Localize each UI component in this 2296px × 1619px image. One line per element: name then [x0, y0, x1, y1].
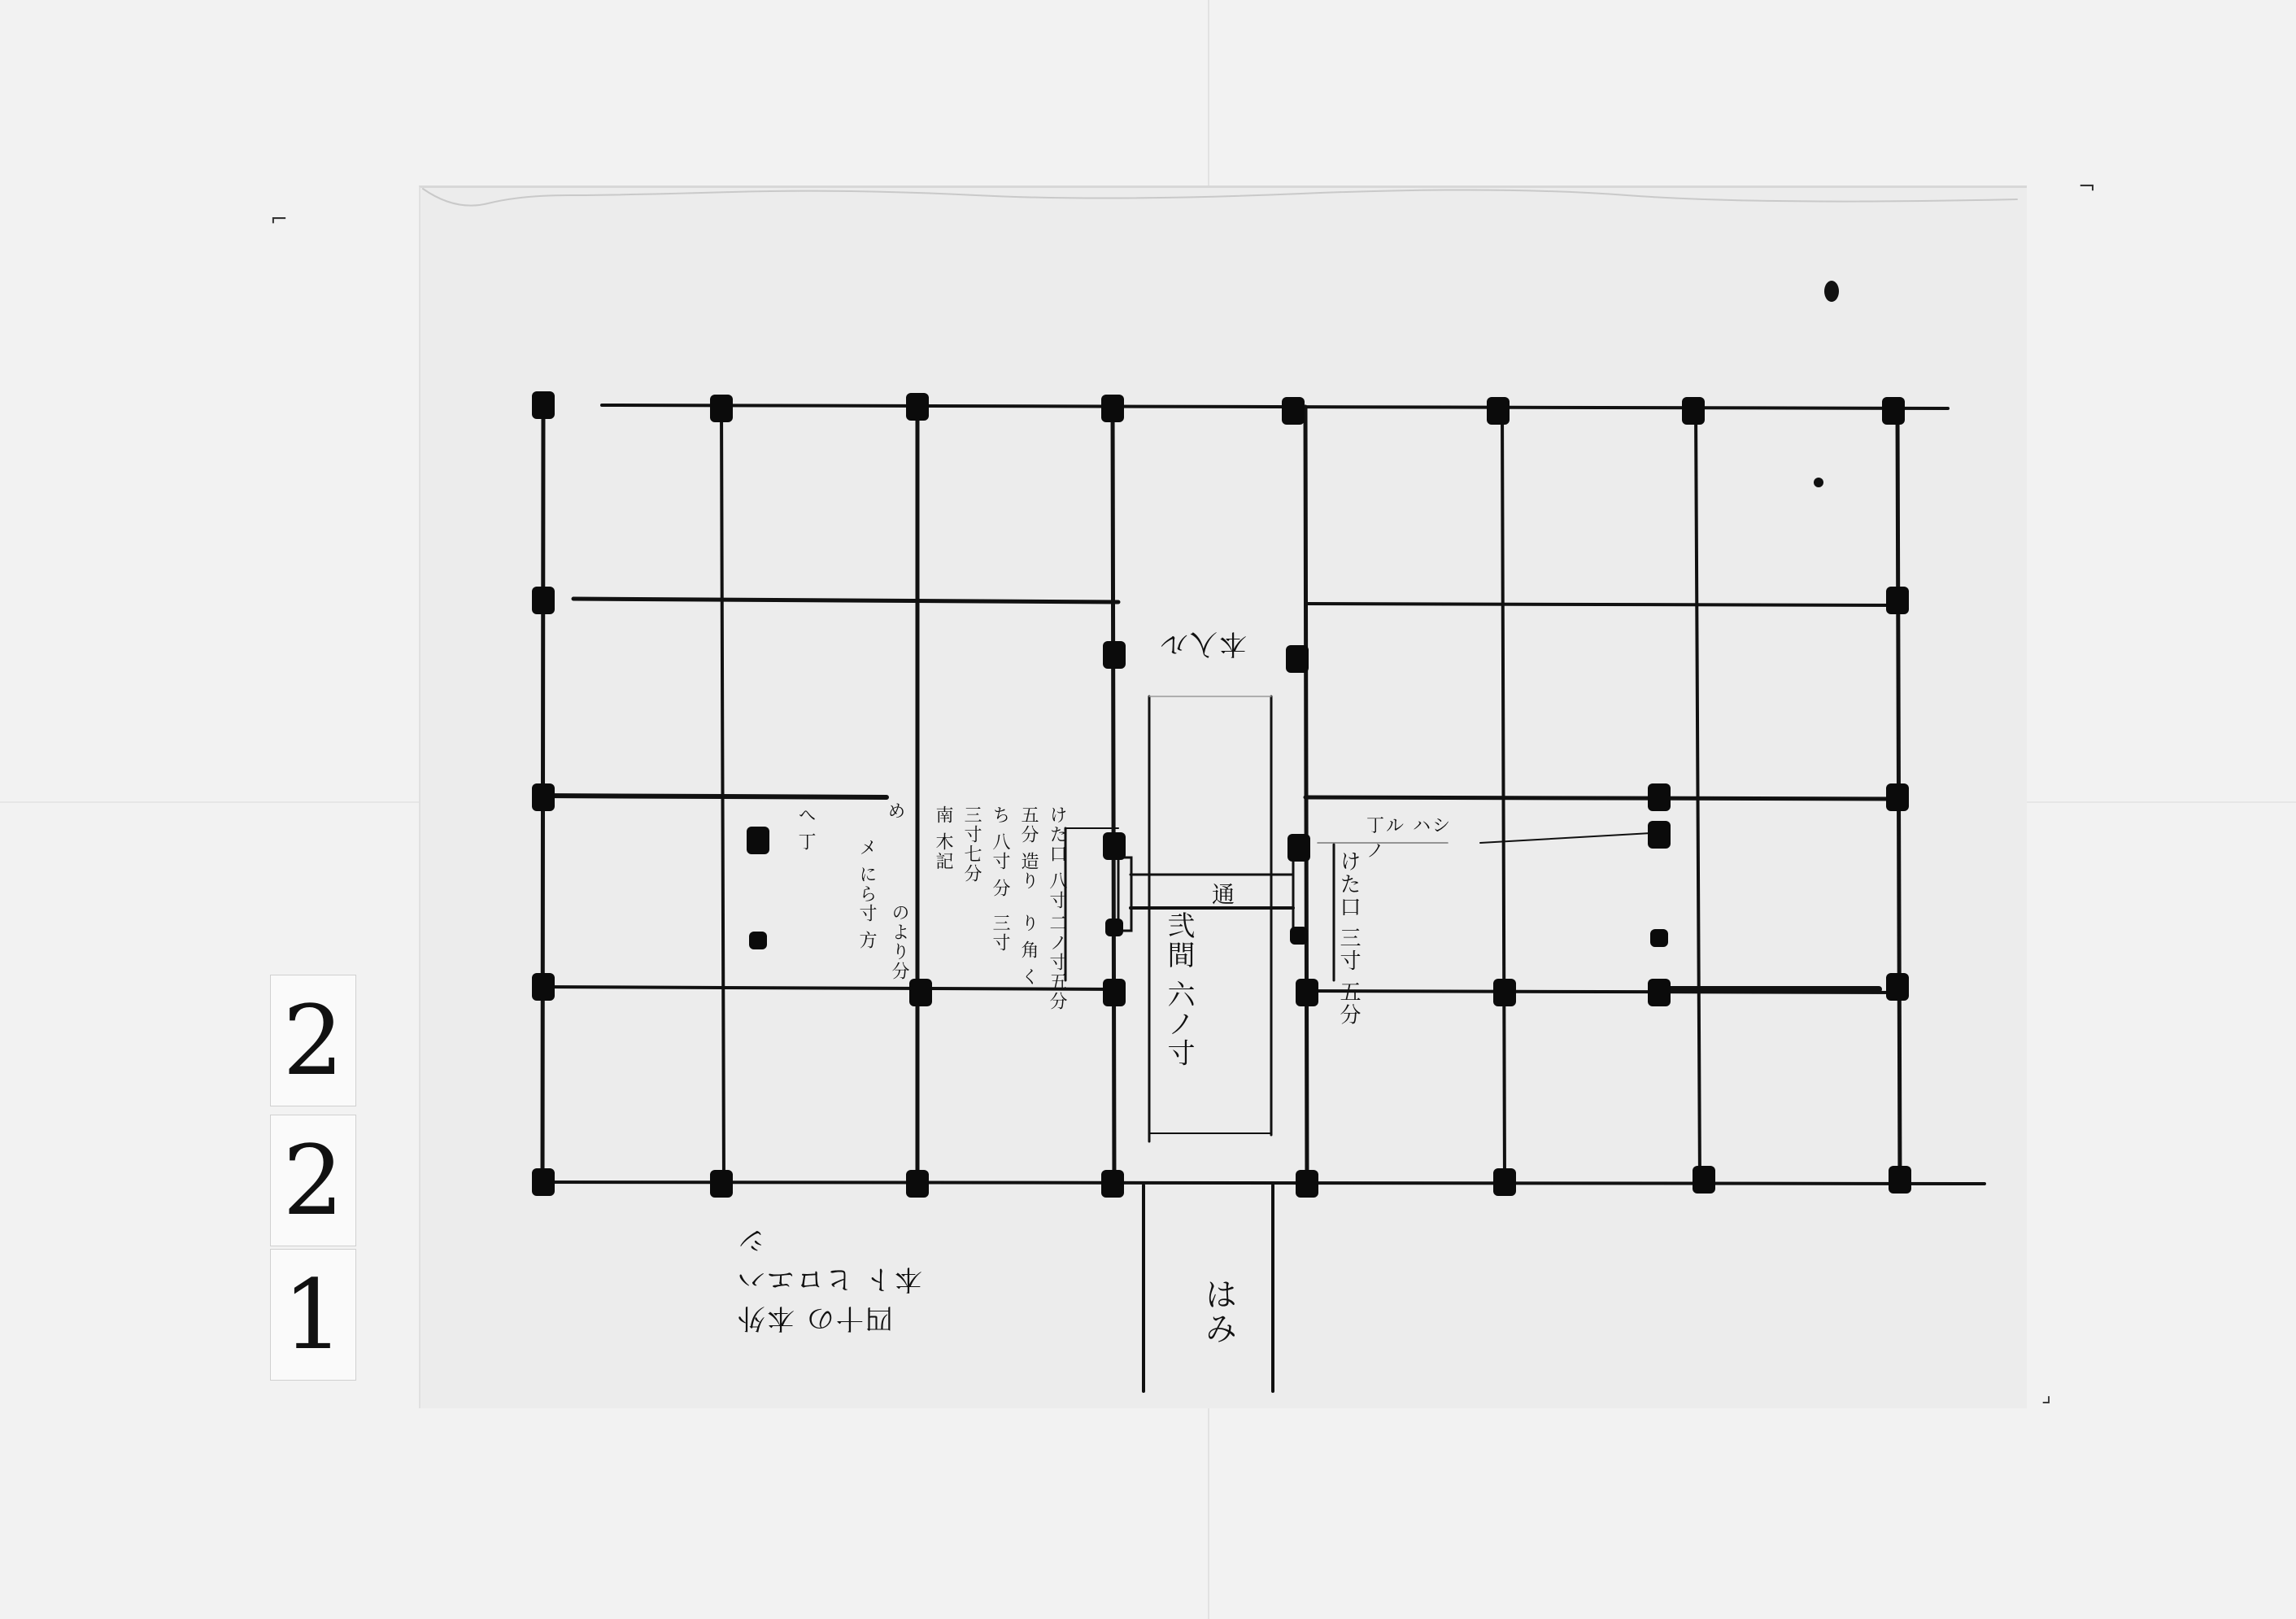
- post-marker: [532, 783, 555, 811]
- post-marker: [710, 395, 733, 422]
- left-block-line: けた口 八寸: [1044, 805, 1070, 910]
- post-marker: [1889, 1166, 1911, 1194]
- left-block-line: 南 木記: [930, 805, 956, 910]
- annotation-left-side: へ 丁: [793, 805, 818, 852]
- annotation-left-small-c: のより分: [887, 903, 912, 981]
- post-marker: [1886, 973, 1909, 1001]
- annotation-top-center: 本入ル: [1159, 626, 1247, 666]
- post-marker: [1103, 641, 1126, 669]
- post-marker: [1648, 821, 1671, 849]
- post-marker: [1101, 1170, 1124, 1198]
- post-marker: [747, 827, 769, 854]
- scan-mark: ⌟: [2041, 1383, 2051, 1407]
- post-marker: [1682, 397, 1705, 425]
- post-marker: [1103, 979, 1126, 1006]
- ink-blot: [1814, 478, 1823, 487]
- post-marker: [1282, 397, 1305, 425]
- left-block-line: 三寸: [987, 914, 1013, 1011]
- frame-tag-3: 1: [270, 1249, 356, 1381]
- post-marker: [749, 932, 767, 949]
- post-marker: [1105, 919, 1123, 936]
- post-marker: [1287, 834, 1310, 862]
- left-block-line: 三寸七分: [959, 805, 984, 910]
- post-marker: [1882, 397, 1905, 425]
- post-marker: [532, 1168, 555, 1196]
- post-marker: [1648, 979, 1671, 1006]
- post-marker: [1290, 927, 1308, 945]
- caption-line-2: 本ト ヒロエハシ: [736, 1220, 923, 1298]
- annotation-left-small-b: メ にら寸 方: [854, 838, 879, 950]
- scan-mark: ⌐: [270, 207, 288, 232]
- post-marker: [532, 973, 555, 1001]
- annotation-corridor-crossing: 通: [1212, 877, 1236, 910]
- post-marker: [532, 587, 555, 614]
- annotation-right-side: 丁ル ハシ ノ: [1366, 812, 1472, 862]
- post-marker: [710, 1170, 733, 1198]
- caption-line-1: 四十の 本外: [736, 1298, 923, 1338]
- annotation-corridor: 弐間 六ノ寸: [1159, 911, 1199, 1068]
- post-marker: [906, 393, 929, 421]
- post-marker: [1693, 1166, 1715, 1194]
- post-marker: [1487, 397, 1510, 425]
- post-marker: [1886, 587, 1909, 614]
- post-marker: [906, 1170, 929, 1198]
- left-block-line: 五分 造り: [1016, 805, 1041, 910]
- post-marker: [1103, 832, 1126, 860]
- annotation-left-small-a: め: [882, 801, 908, 821]
- post-marker: [1648, 783, 1671, 811]
- frame-tag-1: 2: [270, 975, 356, 1106]
- post-marker: [1493, 1168, 1516, 1196]
- post-marker: [1286, 645, 1309, 673]
- post-marker: [1650, 929, 1668, 947]
- annotation-bottom-entry: はみ: [1196, 1277, 1242, 1346]
- scan-mark: ¬: [2078, 175, 2096, 199]
- post-marker: [1296, 1170, 1318, 1198]
- left-block-line: ち 八寸 分: [987, 805, 1013, 910]
- post-marker: [1493, 979, 1516, 1006]
- post-marker: [909, 979, 932, 1006]
- left-block-line: り 角 く: [1016, 914, 1041, 1011]
- left-block-line: 二ノ寸五分: [1044, 914, 1070, 1011]
- post-marker: [532, 391, 555, 419]
- post-marker: [1296, 979, 1318, 1006]
- annotation-right-block: けた口 三寸 五分: [1334, 850, 1364, 1027]
- post-marker: [1886, 783, 1909, 811]
- frame-tag-2: 2: [270, 1115, 356, 1246]
- annotation-left-block: けた口 八寸 五分 造り ち 八寸 分 三寸七分 南 木記 二ノ寸五分 り 角 …: [923, 805, 1070, 980]
- ink-blot: [1824, 281, 1839, 302]
- post-marker: [1101, 395, 1124, 422]
- annotation-bottom-left-caption: 四十の 本外 本ト ヒロエハシ: [736, 1220, 923, 1338]
